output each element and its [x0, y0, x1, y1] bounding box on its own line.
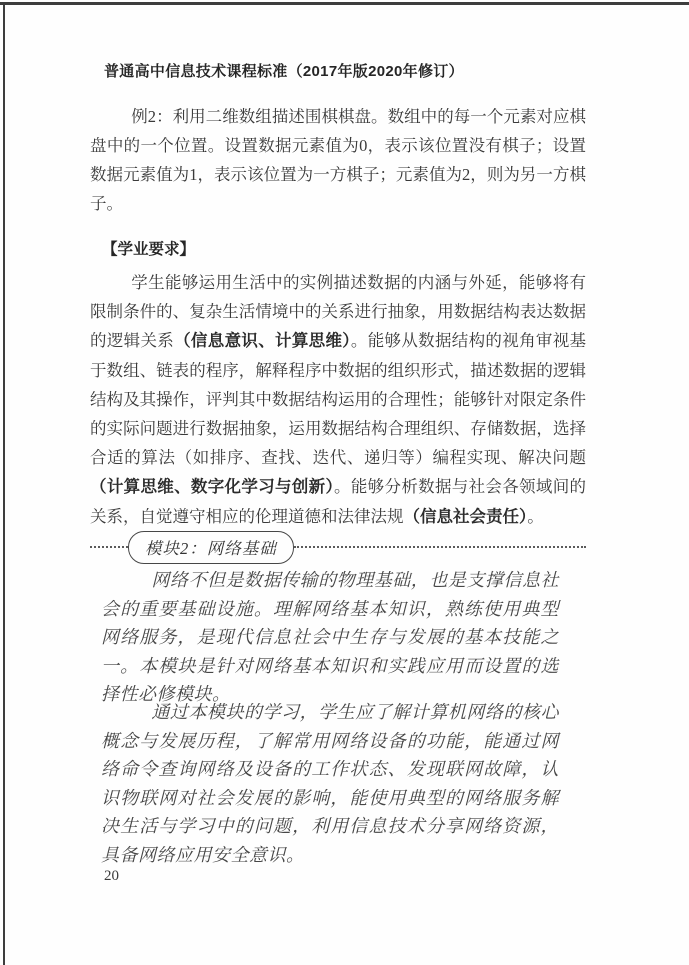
- academic-requirements-heading: 【学业要求】: [102, 237, 195, 259]
- competency-run-bold: （信息社会责任）: [404, 508, 528, 526]
- scanned-book-page: 普通高中信息技术课程标准（2017年版2020年修订） 例2：利用二维数组描述围…: [0, 0, 689, 965]
- module-intro-paragraph: 网络不但是数据传输的物理基础，也是支撑信息社会的重要基础设施。理解网络基本知识，…: [101, 566, 559, 709]
- text-run: 。: [527, 507, 544, 526]
- running-header: 普通高中信息技术课程标准（2017年版2020年修订）: [104, 60, 574, 81]
- module-badge: 模块2：网络基础: [128, 531, 294, 564]
- module-divider-row: 模块2：网络基础: [90, 531, 586, 563]
- scan-edge-top-line: [0, 2, 689, 5]
- text-run: 。能够从数据结构的视角审视基于数组、链表的程序，解释程序中数据的组织形式，描述数…: [90, 331, 586, 467]
- dotted-leader-right: [294, 546, 586, 548]
- competency-run-bold: （计算思维、数字化学习与创新）: [90, 478, 334, 496]
- dotted-leader-left: [90, 546, 128, 548]
- example-paragraph: 例2：利用二维数组描述围棋棋盘。数组中的每一个元素对应棋盘中的一个位置。设置数据…: [90, 102, 586, 218]
- academic-requirements-paragraph: 学生能够运用生活中的实例描述数据的内涵与外延，能够将有限制条件的、复杂生活情境中…: [90, 268, 586, 532]
- page-number: 20: [104, 868, 119, 885]
- module-goals-paragraph: 通过本模块的学习，学生应了解计算机网络的核心概念与发展历程，了解常用网络设备的功…: [101, 698, 559, 869]
- competency-run-bold: （信息意识、计算思维）: [174, 332, 351, 350]
- scan-edge-left-line: [3, 2, 5, 965]
